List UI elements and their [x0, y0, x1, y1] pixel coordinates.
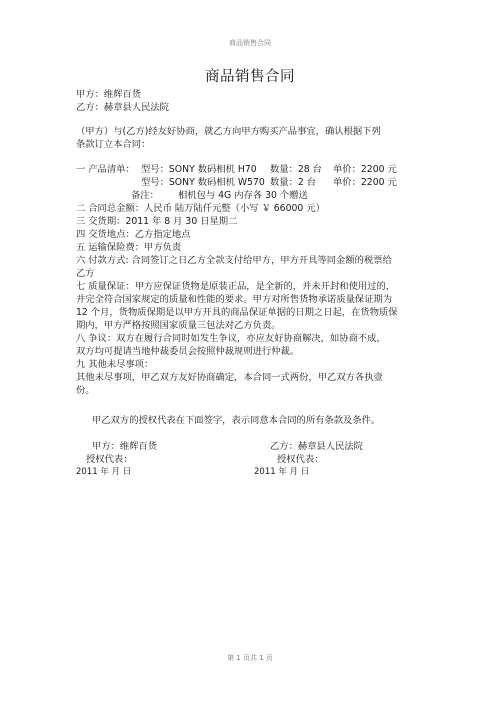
signature-date-a: 2011 年 月 日: [76, 466, 131, 479]
party-b: 乙方：赫章县人民法院: [76, 101, 169, 114]
clause-8-line-1: 八 争议：双方在履行合同时如发生争议，亦应友好协商解决，如协商不成，: [76, 332, 386, 345]
clause-9-line-1: 其他未尽事项，甲乙双方友好协商确定，本合同一式两份，甲乙双方各执壹: [76, 371, 383, 384]
products-note-label: 备注：: [131, 189, 159, 202]
clause-4: 四 交货地点：乙方指定地点: [76, 228, 191, 241]
signature-rep-a: 授权代表：: [86, 453, 133, 466]
signing-statement: 甲乙双方的授权代表在下面签字，表示同意本合同的所有条款及条件。: [92, 414, 380, 427]
clause-6-line-2: 乙方: [76, 267, 95, 280]
clause-7-line-4: 期内，甲方严格按照国家质量三包法对乙方负责。: [76, 319, 281, 332]
signature-rep-b: 授权代表：: [277, 453, 324, 466]
intro-line-2: 条款订立本合同：: [76, 138, 150, 151]
clause-7-line-2: 并完全符合国家规定的质量和性能的要求。甲方对所售货物承诺质量保证期为: [76, 293, 392, 306]
document-title: 商品销售合同: [0, 65, 500, 86]
product-2-qty: 数量：2 台: [270, 176, 316, 189]
page-footer: 第 1 页共 1 页: [0, 653, 500, 663]
page-header: 商品销售合同: [0, 38, 500, 48]
product-2-model: 型号：SONY 数码相机 W570: [141, 176, 265, 189]
party-a: 甲方：维辉百货: [76, 88, 141, 101]
clause-6-line-1: 六 付款方式: 合同签订之日乙方全款支付给甲方，甲方开具等同金额的税票给: [76, 254, 392, 267]
product-1-model: 型号：SONY 数码相机 H70: [141, 163, 257, 176]
signature-party-a: 甲方：维辉百货: [92, 440, 157, 453]
products-label: 一 产品清单：: [76, 163, 135, 176]
intro-line-1: （甲方）与(乙方)经友好协商，就乙方向甲方购买产品事宜，确认根据下列: [76, 125, 381, 138]
clause-3: 三 交货期：2011 年 8 月 30 日星期二: [76, 215, 237, 228]
signature-party-b: 乙方：赫章县人民法院: [270, 440, 363, 453]
clause-9-line-2: 份。: [76, 384, 95, 397]
product-2-price: 单价：2200 元: [333, 176, 397, 189]
clause-9-heading: 九 其他未尽事项：: [76, 358, 153, 371]
clause-2: 二 合同总金额：人民币 陆万陆仟元整（小写 ￥ 66000 元）: [76, 202, 325, 215]
signature-date-b: 2011 年 月 日: [254, 466, 309, 479]
clause-8-line-2: 双方均可提请当地仲裁委员会按照仲裁规则进行仲裁。: [76, 345, 299, 358]
clause-5: 五 运输保险费：甲方负责: [76, 241, 181, 254]
product-1-qty: 数量：28 台: [270, 163, 322, 176]
products-note: 相机包与 4G 内存各 30 个赠送: [178, 189, 308, 202]
clause-7-line-1: 七 质量保证：甲方应保证货物是原装正品，是全新的，并未开封和使用过的，: [76, 280, 395, 293]
product-1-price: 单价：2200 元: [333, 163, 397, 176]
clause-7-line-3: 12 个月，货物质保期是以甲方开具的商品保证单据的日期之日起，在货物质保: [76, 306, 398, 319]
